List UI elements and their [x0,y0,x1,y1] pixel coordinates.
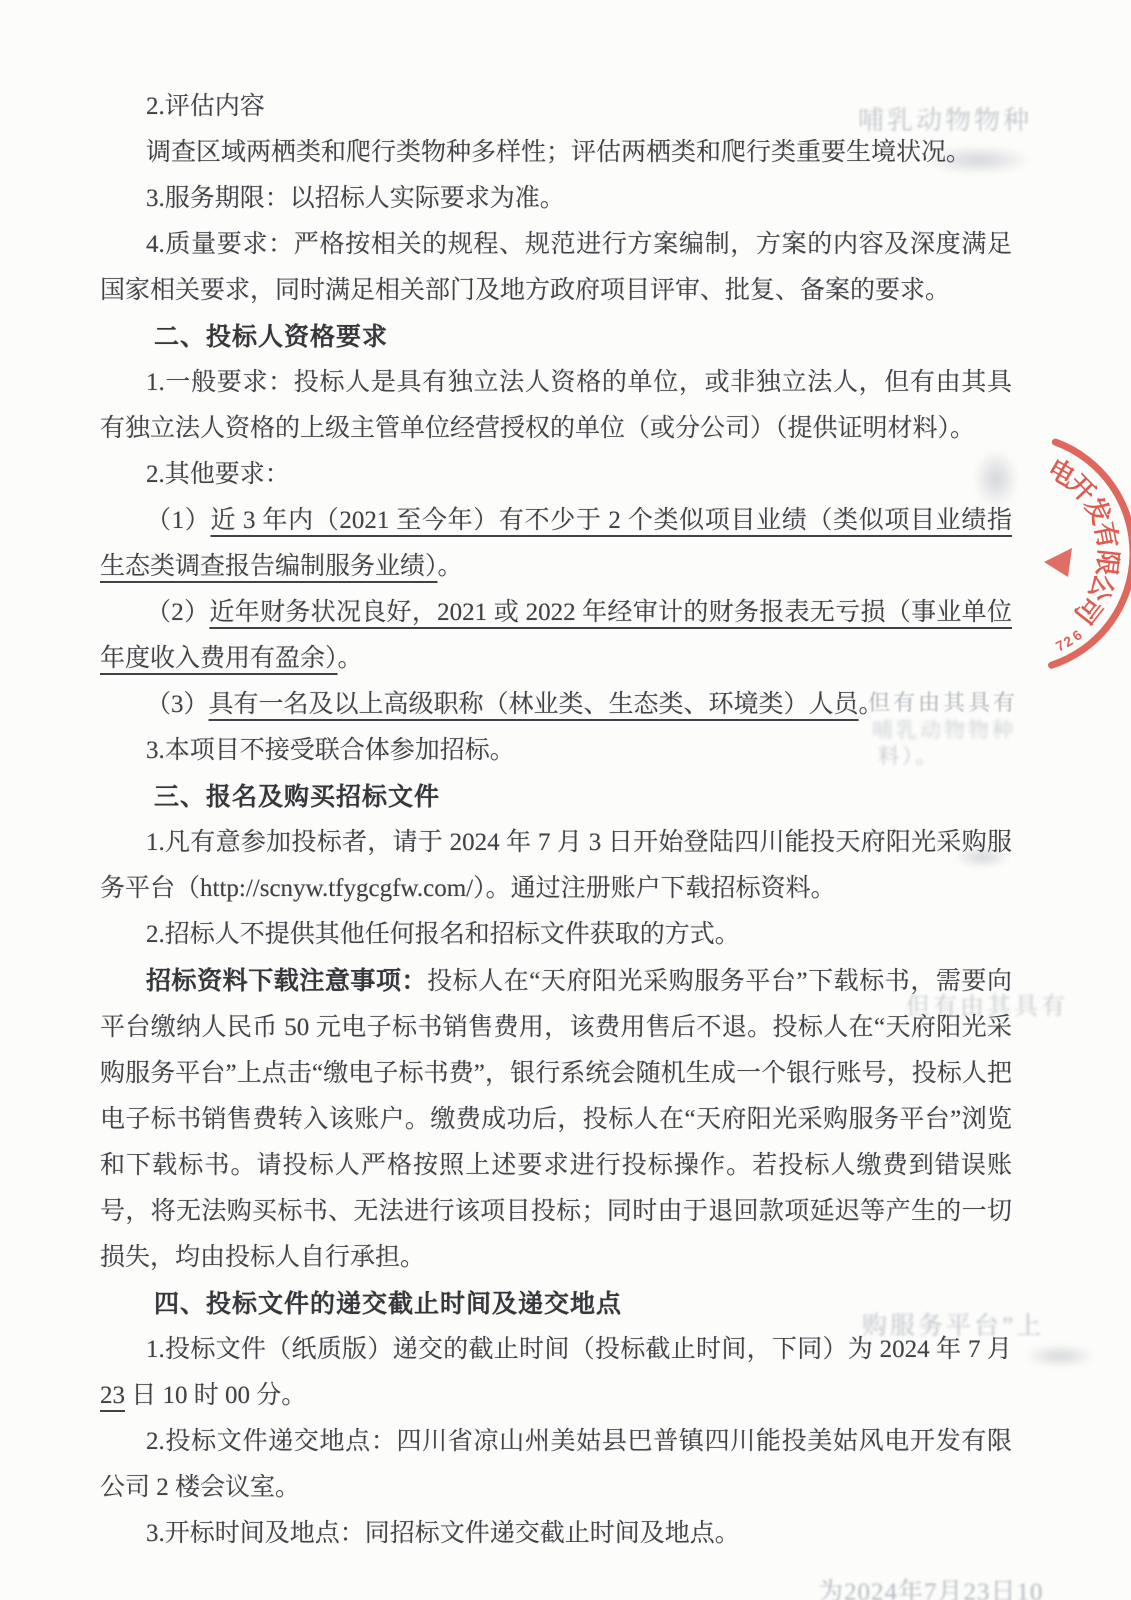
paragraph-no-other-method: 2.招标人不提供其他任何报名和招标文件获取的方式。 [100,912,1012,958]
download-notice-label: 招标资料下载注意事项： [146,967,427,995]
paragraph-general-requirements: 1.一般要求：投标人是具有独立法人资格的单位，或非独立法人，但有由其具有独立法人… [100,360,1012,452]
period: 。 [338,645,363,672]
item-number: （3） [146,691,209,718]
period: 。 [859,691,884,718]
period: 。 [438,553,463,580]
paragraph-submission-deadline: 1.投标文件（纸质版）递交的截止时间（投标截止时间，下同）为 2024 年 7 … [100,1327,1012,1419]
bleedthrough-smudge [1012,1340,1108,1372]
underlined-requirement-performance: 近 3 年内（2021 至今年）有不少于 2 个类似项目业绩（类似项目业绩指生态… [100,507,1012,580]
deadline-time: 日 10 时 00 分。 [125,1382,306,1409]
paragraph-no-consortium: 3.本项目不接受联合体参加招标。 [100,728,1012,774]
download-notice-body: 投标人在“天府阳光采购服务平台”下载标书，需要向平台缴纳人民币 50 元电子标书… [100,968,1012,1271]
paragraph-evaluation-content-body: 调查区域两栖类和爬行类物种多样性；评估两栖类和爬行类重要生境状况。 [100,130,1012,176]
section-heading-registration-purchase: 三、报名及购买招标文件 [100,774,1012,820]
bleedthrough-text: 为2024年7月23日10 [818,1572,1044,1600]
paragraph-submission-location: 2.投标文件递交地点：四川省凉山州美姑县巴普镇四川能投美姑风电开发有限公司 2 … [100,1419,1012,1511]
document-body: 2.评估内容 调查区域两栖类和爬行类物种多样性；评估两栖类和爬行类重要生境状况。… [100,84,1012,1557]
deadline-text: 1.投标文件（纸质版）递交的截止时间（投标截止时间，下同）为 2024 年 7 … [146,1336,1012,1363]
company-seal-stamp: 电 开 发 有 限 公 司 7 2 6 [885,415,1131,697]
paragraph-requirement-3: （3）具有一名及以上高级职称（林业类、生态类、环境类）人员。 [100,682,1012,728]
paragraph-quality-requirements: 4.质量要求：严格按相关的规程、规范进行方案编制，方案的内容及深度满足国家相关要… [100,222,1012,314]
paragraph-registration-platform: 1.凡有意参加投标者，请于 2024 年 7 月 3 日开始登陆四川能投天府阳光… [100,820,1012,912]
item-number: （2） [146,599,209,626]
paragraph-download-notice: 招标资料下载注意事项：投标人在“天府阳光采购服务平台”下载标书，需要向平台缴纳人… [100,958,1012,1281]
paragraph-bid-opening: 3.开标时间及地点：同招标文件递交截止时间及地点。 [100,1511,1012,1557]
section-heading-submission-deadline: 四、投标文件的递交截止时间及递交地点 [100,1281,1012,1327]
paragraph-service-period: 3.服务期限：以招标人实际要求为准。 [100,176,1012,222]
paragraph-requirement-1: （1）近 3 年内（2021 至今年）有不少于 2 个类似项目业绩（类似项目业绩… [100,498,1012,590]
paragraph-evaluation-content-title: 2.评估内容 [100,84,1012,130]
seal-star-icon [1044,548,1072,577]
underlined-requirement-finance: 近年财务状况良好，2021 或 2022 年经审计的财务报表无亏损（事业单位年度… [100,599,1012,672]
section-heading-bidder-qualification: 二、投标人资格要求 [100,314,1012,360]
underlined-requirement-personnel: 具有一名及以上高级职称（林业类、生态类、环境类）人员 [209,691,859,718]
seal-char: 有 [1089,520,1123,551]
paragraph-requirement-2: （2）近年财务状况良好，2021 或 2022 年经审计的财务报表无亏损（事业单… [100,590,1012,682]
underlined-deadline-day: 23 [100,1382,125,1409]
item-number: （1） [146,507,210,534]
paragraph-other-requirements: 2.其他要求： [100,452,1012,498]
